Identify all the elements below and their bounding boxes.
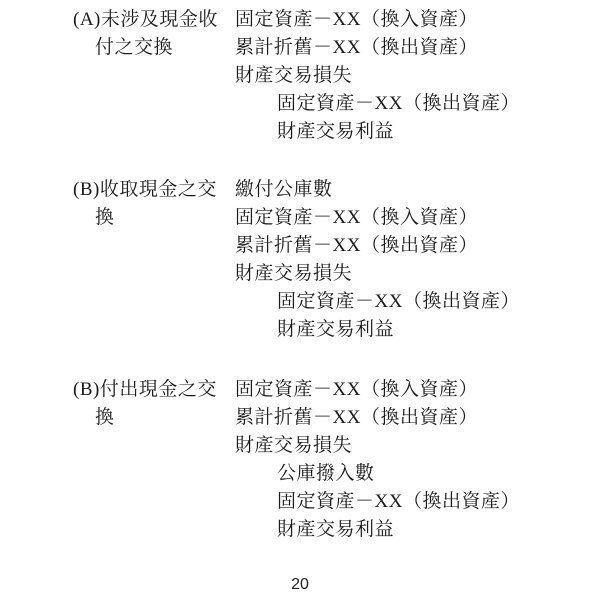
category-label-line-1: (A)未涉及現金收 bbox=[73, 6, 235, 34]
journal-entry-line: 固定資產－XX（換出資產） bbox=[235, 90, 520, 118]
journal-entry-line: 財產交易利益 bbox=[235, 516, 520, 544]
journal-entry-line: 財產交易損失 bbox=[235, 260, 520, 288]
category-label-line-2: 換 bbox=[73, 204, 235, 232]
journal-entry-line: 財產交易利益 bbox=[235, 118, 520, 146]
journal-block-b-receive-cash: (B)收取現金之交 換 繳付公庫數 固定資產－XX（換入資產） 累計折舊－XX（… bbox=[73, 176, 520, 344]
journal-entry-line: 財產交易利益 bbox=[235, 316, 520, 344]
journal-entry-line: 固定資產－XX（換入資產） bbox=[235, 204, 520, 232]
document-page: (A)未涉及現金收 付之交換 固定資產－XX（換入資產） 累計折舊－XX（換出資… bbox=[0, 0, 600, 600]
block-b1-entries: 繳付公庫數 固定資產－XX（換入資產） 累計折舊－XX（換出資產） 財產交易損失… bbox=[235, 176, 520, 344]
page-number: 20 bbox=[0, 576, 600, 594]
journal-block-a-no-cash: (A)未涉及現金收 付之交換 固定資產－XX（換入資產） 累計折舊－XX（換出資… bbox=[73, 6, 520, 146]
block-a-category-label: (A)未涉及現金收 付之交換 bbox=[73, 6, 235, 62]
block-b2-entries: 固定資產－XX（換入資產） 累計折舊－XX（換出資產） 財產交易損失 公庫撥入數… bbox=[235, 376, 520, 544]
journal-entry-line: 固定資產－XX（換入資產） bbox=[235, 6, 520, 34]
journal-entry-line: 財產交易損失 bbox=[235, 432, 520, 460]
journal-entry-line: 累計折舊－XX（換出資產） bbox=[235, 34, 520, 62]
journal-entry-line: 固定資產－XX（換出資產） bbox=[235, 488, 520, 516]
journal-entry-line: 繳付公庫數 bbox=[235, 176, 520, 204]
journal-entry-line: 累計折舊－XX（換出資產） bbox=[235, 404, 520, 432]
journal-entry-line: 固定資產－XX（換出資產） bbox=[235, 288, 520, 316]
journal-block-b-pay-cash: (B)付出現金之交 換 固定資產－XX（換入資產） 累計折舊－XX（換出資產） … bbox=[73, 376, 520, 544]
category-label-line-2: 付之交換 bbox=[73, 34, 235, 62]
block-a-entries: 固定資產－XX（換入資產） 累計折舊－XX（換出資產） 財產交易損失 固定資產－… bbox=[235, 6, 520, 146]
journal-entry-line: 公庫撥入數 bbox=[235, 460, 520, 488]
block-b1-category-label: (B)收取現金之交 換 bbox=[73, 176, 235, 232]
journal-entry-line: 固定資產－XX（換入資產） bbox=[235, 376, 520, 404]
block-b2-category-label: (B)付出現金之交 換 bbox=[73, 376, 235, 432]
journal-entry-line: 累計折舊－XX（換出資產） bbox=[235, 232, 520, 260]
category-label-line-1: (B)付出現金之交 bbox=[73, 376, 235, 404]
category-label-line-1: (B)收取現金之交 bbox=[73, 176, 235, 204]
category-label-line-2: 換 bbox=[73, 404, 235, 432]
journal-entry-line: 財產交易損失 bbox=[235, 62, 520, 90]
